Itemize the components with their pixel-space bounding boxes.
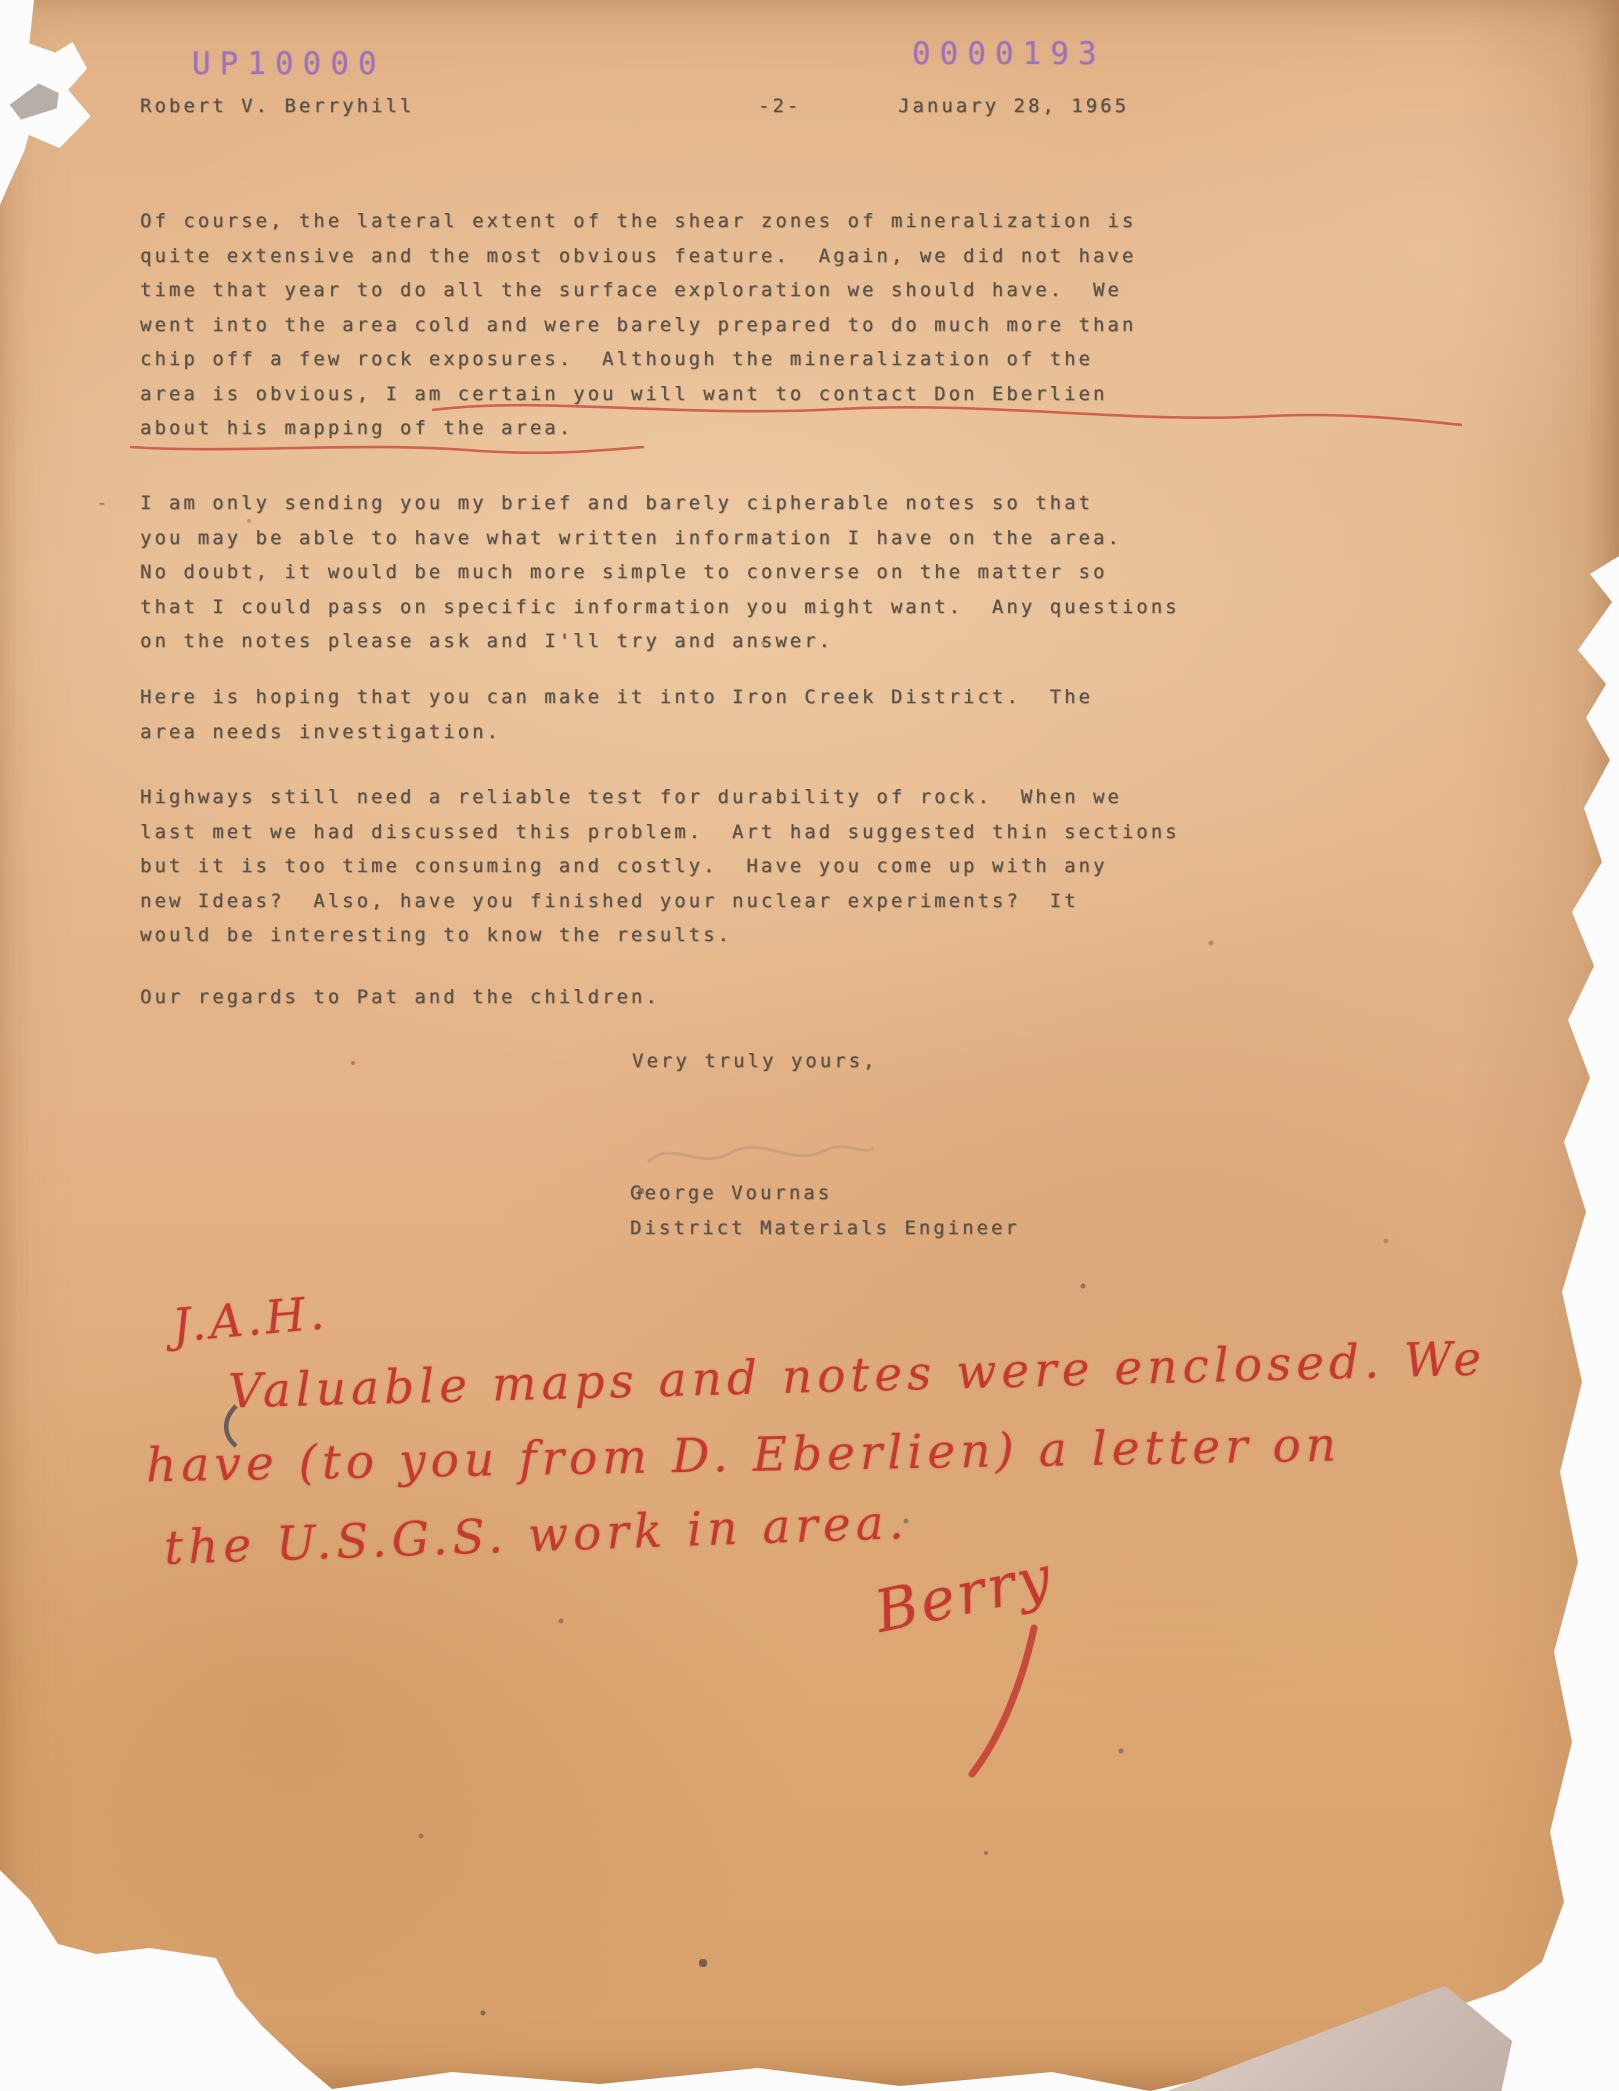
paragraph-1: Of course, the lateral extent of the she… <box>140 204 1136 446</box>
paragraph-2: I am only sending you my brief and barel… <box>140 486 1180 659</box>
paragraph-4: Highways still need a reliable test for … <box>140 780 1180 953</box>
paragraph-3: Here is hoping that you can make it into… <box>140 680 1093 749</box>
scanned-letter-page: UP10000 0000193 Robert V. Berryhill -2- … <box>0 0 1619 2091</box>
signature-name: George Vournas <box>630 1176 832 1211</box>
margin-dash: - <box>96 486 110 521</box>
signature-title: District Materials Engineer <box>630 1211 1020 1246</box>
dust-specks <box>0 0 2 2</box>
header-date: January 28, 1965 <box>898 89 1129 124</box>
closing-salutation: Very truly yours, <box>632 1044 877 1079</box>
header-page-number: -2- <box>758 89 801 124</box>
header-recipient: Robert V. Berryhill <box>140 89 414 124</box>
serial-stamp-left: UP10000 <box>192 46 386 82</box>
paragraph-5: Our regards to Pat and the children. <box>140 980 660 1015</box>
serial-stamp-right: 0000193 <box>912 36 1106 72</box>
